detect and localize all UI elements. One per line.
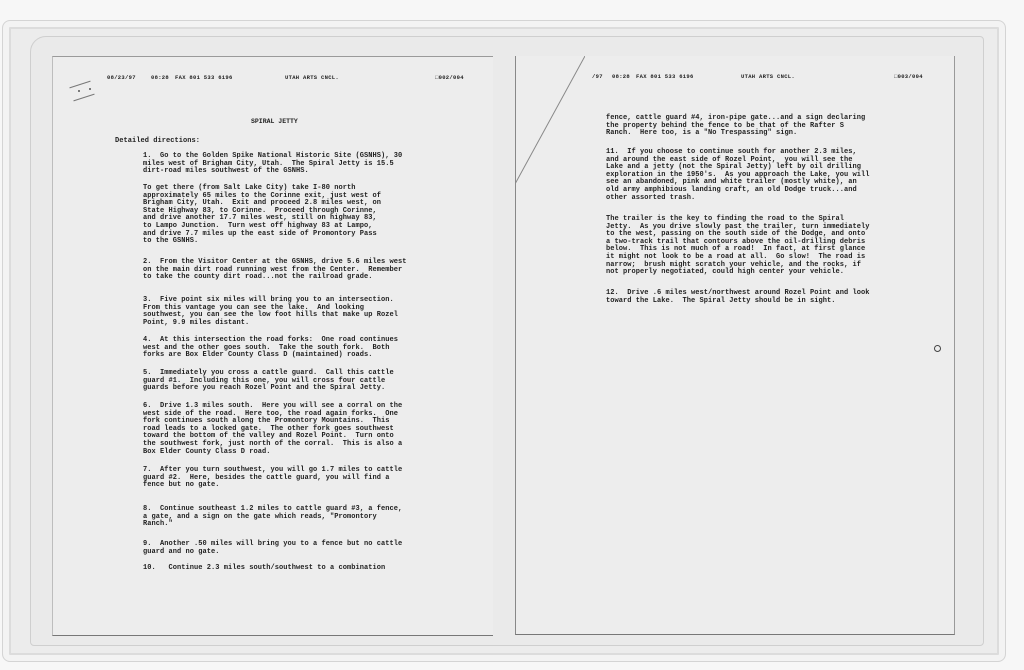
paragraph: 5. Immediately you cross a cattle guard.… [143,370,394,393]
paragraph: 12. Drive .6 miles west/northwest around… [606,290,870,305]
paragraph: 9. Another .50 miles will bring you to a… [143,541,402,556]
punch-mark [934,345,941,352]
paragraph: 10. Continue 2.3 miles south/southwest t… [143,565,385,573]
paragraph: 1. Go to the Golden Spike National Histo… [143,153,402,176]
pen-mark [69,81,90,89]
fax-page-number: □003/004 [894,73,923,80]
paragraph: 6. Drive 1.3 miles south. Here you will … [143,403,402,456]
paragraph: 11. If you choose to continue south for … [606,149,870,202]
paragraph: 8. Continue southeast 1.2 miles to cattl… [143,506,402,529]
fax-time: 08:28 [612,73,630,80]
paragraph: 4. At this intersection the road forks: … [143,337,398,360]
paragraph: The trailer is the key to finding the ro… [606,216,870,277]
fax-date: 08/23/97 [107,74,136,81]
folded-corner [515,56,585,186]
pen-mark [73,94,94,102]
fax-page-2: 08/23/97 08:28 FAX 801 533 6196 UTAH ART… [52,56,493,636]
fax-time: 08:28 [151,74,169,81]
fax-page-number: □002/004 [435,74,464,81]
pen-mark [89,88,91,90]
document-title: SPIRAL JETTY [251,118,298,125]
fax-number: FAX 801 533 6196 [636,73,694,80]
fax-sender: UTAH ARTS CNCL. [741,73,795,80]
paragraph: fence, cattle guard #4, iron-pipe gate..… [606,115,865,138]
fax-number: FAX 801 533 6196 [175,74,233,81]
paragraph: 7. After you turn southwest, you will go… [143,467,402,490]
fax-sender: UTAH ARTS CNCL. [285,74,339,81]
paragraph: To get there (from Salt Lake City) take … [143,185,381,246]
directions-heading: Detailed directions: [115,138,200,146]
paragraph: 3. Five point six miles will bring you t… [143,297,398,327]
fax-date: /97 [592,73,603,80]
paragraph: 2. From the Visitor Center at the GSNHS,… [143,259,407,282]
pen-mark [78,90,80,92]
